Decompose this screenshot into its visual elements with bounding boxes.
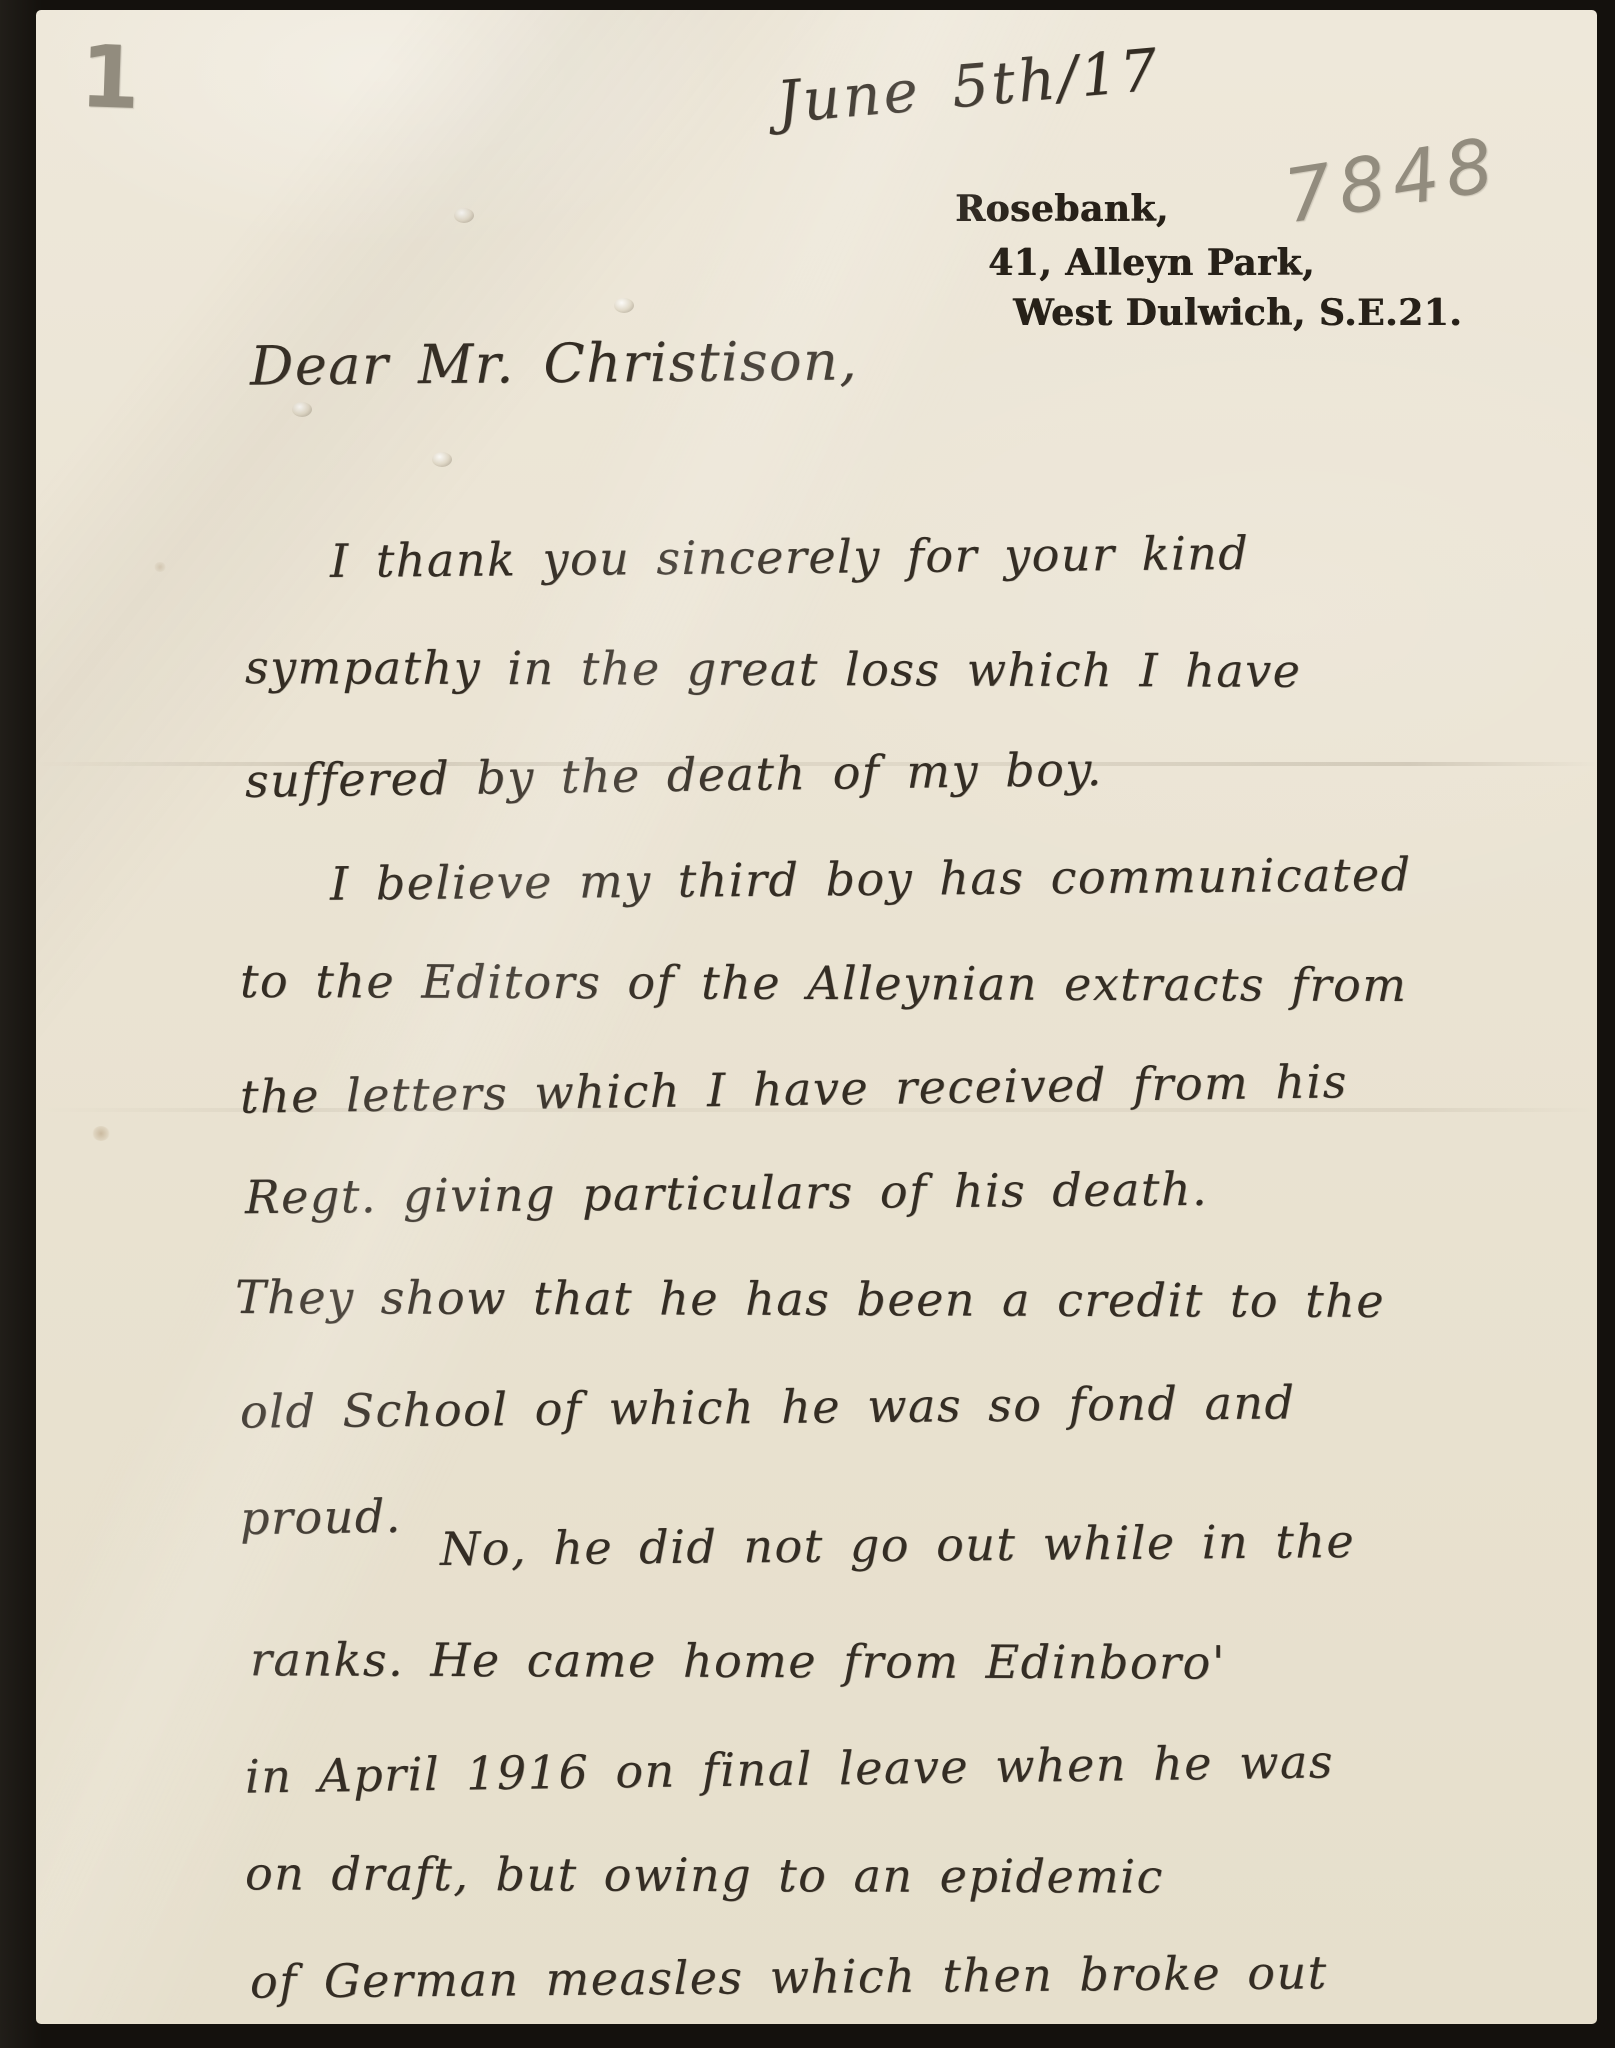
body-line: I believe my third boy has communicated <box>330 851 1412 906</box>
body-line: of German measles which then broke out <box>250 1949 1328 2004</box>
body-line: old School of which he was so fond and <box>240 1379 1296 1434</box>
letter-page: 1 June 5th/17 7848 Rosebank, 41, Alleyn … <box>36 10 1597 2024</box>
date-line: June 5th/17 <box>774 35 1163 136</box>
letterhead-district: West Dulwich, S.E.21. <box>1013 292 1462 334</box>
body-line: I thank you sincerely for your kind <box>330 530 1250 584</box>
body-line: Regt. giving particulars of his death. <box>245 1166 1208 1220</box>
letterhead-street-address: 41, Alleyn Park, <box>988 242 1315 284</box>
pencil-catalog-number: 7848 <box>1279 122 1506 241</box>
pencil-margin-mark: 1 <box>78 27 141 129</box>
body-line: in April 1916 on final leave when he was <box>245 1738 1334 1799</box>
body-line: suffered by the death of my boy. <box>245 746 1103 804</box>
body-line: proud. <box>240 1493 402 1541</box>
salutation: Dear Mr. Christison, <box>250 329 858 397</box>
paper-dimple <box>454 208 474 223</box>
paper-dimple <box>614 298 634 313</box>
body-line: the letters which I have received from h… <box>240 1058 1348 1119</box>
paper-dimple <box>292 402 312 417</box>
foxing-spot <box>92 1126 110 1141</box>
body-line: sympathy in the great loss which I have <box>245 644 1302 694</box>
body-line: to the Editors of the Alleynian extracts… <box>240 958 1408 1008</box>
body-line: ranks. He came home from Edinboro' <box>250 1636 1226 1685</box>
scan-mat: 1 June 5th/17 7848 Rosebank, 41, Alleyn … <box>0 0 1615 2048</box>
paper-dimple <box>432 452 452 467</box>
body-line: on draft, but owing to an epidemic <box>245 1850 1164 1899</box>
foxing-spot <box>154 562 166 572</box>
letterhead-house-name: Rosebank, <box>955 188 1169 230</box>
body-line: No, he did not go out while in the <box>440 1518 1355 1572</box>
body-line: They show that he has been a credit to t… <box>235 1274 1385 1324</box>
